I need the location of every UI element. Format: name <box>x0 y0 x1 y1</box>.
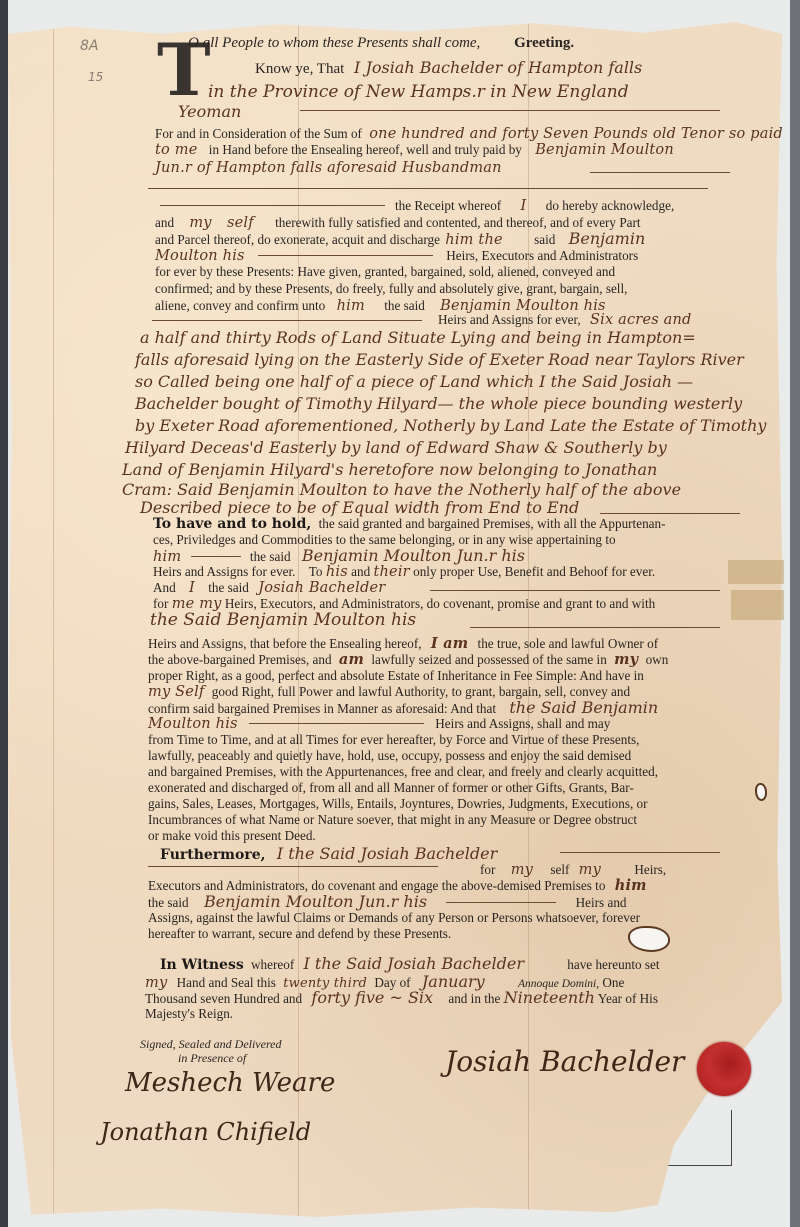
fill-rule <box>191 556 241 557</box>
printed-text: do hereby acknowledge, <box>546 198 675 213</box>
year-hw: forty five ~ Six <box>311 988 433 1007</box>
witness-signature-1: Meshech Weare <box>125 1068 335 1098</box>
printed-text: only proper Use, Benefit and Behoof for … <box>413 564 655 579</box>
printed-text: and <box>155 215 174 230</box>
printed-text: whereof <box>251 957 294 972</box>
land-description-line: a half and thirty Rods of Land Situate L… <box>140 330 696 346</box>
printed-text: the Receipt whereof <box>395 198 501 213</box>
printed-text: self <box>550 862 569 877</box>
printed-text: Heirs and Assigns for ever. <box>153 564 295 579</box>
deed-text: 8A 15 T O all People to whom these Prese… <box>0 0 800 1227</box>
land-description-line: Hilyard Deceas'd Easterly by land of Edw… <box>125 440 667 456</box>
printed-text: and Parcel thereof, do exonerate, acquit… <box>155 232 440 247</box>
his-hw: his <box>326 564 348 580</box>
printed-text: the true, sole and lawful Owner of <box>478 636 659 651</box>
printed-text: the said <box>250 549 291 564</box>
printed-text: the said <box>148 895 189 910</box>
fill-rule <box>300 110 720 111</box>
grantee-name-hw: Benjamin Moulton <box>535 142 674 158</box>
moulton-his-hw: Moulton his <box>148 716 238 732</box>
printed-text: aliene, convey and confirm unto <box>155 298 325 313</box>
receipt-line-3: and Parcel thereof, do exonerate, acquit… <box>155 231 645 248</box>
attestation-label-2: in Presence of <box>178 1050 246 1066</box>
testimonium-line-3: Thousand seven Hundred and forty five ~ … <box>145 990 658 1007</box>
receipt-line-5: for ever by these Presents: Have given, … <box>155 264 615 280</box>
testimonium-line-4: Majesty's Reign. <box>145 1006 233 1022</box>
printed-text: own <box>646 652 669 667</box>
printed-text: said <box>534 232 555 247</box>
him-hw: him <box>153 549 181 565</box>
fill-rule <box>590 172 730 173</box>
covenant-line-5: confirm said bargained Premises in Manne… <box>148 700 658 717</box>
printed-text: in Hand before the Ensealing hereof, wel… <box>209 142 522 157</box>
fill-rule <box>470 627 720 628</box>
regnal-year-hw: Nineteenth <box>504 988 595 1007</box>
covenant-line-2: the above-bargained Premises, and am law… <box>148 652 668 668</box>
grantor-hw: I the Said Josiah Bachelder <box>277 844 497 863</box>
fill-rule <box>152 320 422 321</box>
know-ye: Know ye, That <box>255 61 344 77</box>
printed-text: the said <box>384 298 425 313</box>
my-hw: my <box>189 215 211 231</box>
fill-rule <box>430 590 720 591</box>
am-hw: am <box>339 651 364 668</box>
printed-text: and in the <box>448 991 500 1006</box>
fill-rule <box>560 852 720 853</box>
habendum-line-1: To have and to hold, the said granted an… <box>153 516 666 532</box>
him-hw: him <box>615 877 647 894</box>
fill-rule <box>446 902 556 903</box>
covenant-line-7: from Time to Time, and at all Times for … <box>148 732 639 748</box>
him-hw: him <box>337 298 365 314</box>
printed-text: One <box>602 975 624 990</box>
covenant-line-13: or make void this present Deed. <box>148 828 316 844</box>
testimonium-line-1: In Witness whereof I the Said Josiah Bac… <box>160 956 660 973</box>
warranty-heading: Furthermore, <box>160 847 266 863</box>
printed-text: Executors and Administrators, do covenan… <box>148 878 605 893</box>
fill-rule <box>249 723 424 724</box>
fill-rule <box>148 188 708 189</box>
consideration-line-3: Jun.r of Hampton falls aforesaid Husband… <box>155 160 502 176</box>
printed-text: And <box>153 580 176 595</box>
grantee-hw: Benjamin Moulton Jun.r his <box>302 546 525 565</box>
land-description-line: Described piece to be of Equal width fro… <box>140 500 579 516</box>
warranty-line-5: Assigns, against the lawful Claims or De… <box>148 910 640 926</box>
printed-text: Heirs, Executors and Administrators <box>446 248 638 263</box>
amount-hw: one hundred and forty Seven Pounds old T… <box>369 126 783 142</box>
covenant-line-3: proper Right, as a good, perfect and abs… <box>148 668 644 684</box>
printed-text: have hereunto set <box>567 957 659 972</box>
receipt-line-6: confirmed; and by these Presents, do fre… <box>155 281 627 297</box>
my-hw: my <box>511 862 533 878</box>
consideration-line-1: For and in Consideration of the Sum of o… <box>155 126 783 142</box>
header-line-1: O all People to whom these Presents shal… <box>188 35 574 51</box>
printed-text: Hand and Seal this <box>177 975 276 990</box>
said-benjamin-hw: the Said Benjamin <box>509 698 658 717</box>
printed-text: For and in Consideration of the Sum of <box>155 126 362 141</box>
i-am-hw: I am <box>431 635 468 652</box>
land-description-line: Cram: Said Benjamin Moulton to have the … <box>122 482 681 498</box>
to-me-hw: to me <box>155 142 198 158</box>
my-hw: my <box>145 975 167 991</box>
fill-rule <box>258 255 433 256</box>
self-hw: self <box>227 215 254 231</box>
printed-text: for <box>480 862 495 877</box>
consideration-line-2: to me in Hand before the Ensealing hereo… <box>155 142 674 158</box>
land-description-line: by Exeter Road aforementioned, Notherly … <box>135 418 766 434</box>
receipt-line-8: Heirs and Assigns for ever, Six acres an… <box>438 312 692 328</box>
margin-note: 8A <box>80 38 98 54</box>
six-acres-hw: Six acres and <box>590 312 692 328</box>
printed-text: Heirs and Assigns for ever, <box>438 312 581 327</box>
moulton-his-hw: Moulton his <box>155 248 245 264</box>
covenant-line-11: gains, Sales, Leases, Mortgages, Wills, … <box>148 796 648 812</box>
warranty-line-2: for my self my Heirs, <box>480 862 666 878</box>
warranty-line-4: the said Benjamin Moulton Jun.r his Heir… <box>148 894 627 911</box>
printed-text: the said granted and bargained Premises,… <box>319 516 666 531</box>
receipt-line-2: and my self therewith fully satisfied an… <box>155 215 641 231</box>
him-the-hw: him the <box>445 232 502 248</box>
header-line-3: in the Province of New Hamps.r in New En… <box>208 84 629 100</box>
grantor-hw: I the Said Josiah Bachelder <box>304 954 524 973</box>
covenant-line-12: Incumbrances of what Name or Nature soev… <box>148 812 637 828</box>
land-description-line: Land of Benjamin Hilyard's heretofore no… <box>122 462 657 478</box>
land-description-line: falls aforesaid lying on the Easterly Si… <box>135 352 744 368</box>
printed-text: and <box>351 564 370 579</box>
margin-note: 15 <box>88 70 103 84</box>
warranty-line-6: hereafter to warrant, secure and defend … <box>148 926 451 942</box>
printed-text: Heirs and Assigns, shall and may <box>435 716 610 731</box>
header-line-2: Know ye, That I Josiah Bachelder of Hamp… <box>255 60 642 77</box>
land-description-line: so Called being one half of a piece of L… <box>135 374 693 390</box>
printed-text: the said <box>208 580 249 595</box>
habendum-line-7: the Said Benjamin Moulton his <box>150 612 416 628</box>
printed-text: Heirs and <box>576 895 627 910</box>
fill-rule <box>160 205 385 206</box>
i-hw: I <box>520 198 526 214</box>
printed-text: confirm said bargained Premises in Manne… <box>148 701 496 716</box>
receipt-line-4: Moulton his Heirs, Executors and Adminis… <box>155 248 638 264</box>
covenant-line-9: and bargained Premises, with the Appurte… <box>148 764 658 780</box>
my-hw: my <box>579 862 601 878</box>
printed-text: for <box>153 596 168 611</box>
header-line-4: Yeoman <box>178 104 241 120</box>
fill-rule <box>600 513 740 514</box>
habendum-line-5: And I the said Josiah Bachelder <box>153 580 385 596</box>
their-hw: their <box>373 564 409 580</box>
i-hw: I <box>189 580 195 596</box>
printed-text: good Right, full Power and lawful Author… <box>212 684 630 699</box>
testimonium-heading: In Witness <box>160 957 244 973</box>
intro-text: O all People to whom these Presents shal… <box>188 35 480 51</box>
covenant-line-1: Heirs and Assigns, that before the Ensea… <box>148 636 658 652</box>
covenant-line-6: Moulton his Heirs and Assigns, shall and… <box>148 716 610 732</box>
grantor-hw: Josiah Bachelder <box>258 580 385 596</box>
printed-text: To <box>309 564 323 579</box>
warranty-line-1: Furthermore, I the Said Josiah Bachelder <box>160 846 497 863</box>
my-hw: my <box>614 651 638 668</box>
fill-rule <box>148 866 438 867</box>
printed-text: Heirs, <box>634 862 666 877</box>
witness-signature-2: Jonathan Chifield <box>100 1118 311 1146</box>
printed-text: therewith fully satisfied and contented,… <box>275 215 640 230</box>
grantor-signature: Josiah Bachelder <box>445 1045 684 1078</box>
printed-text: lawfully seized and possessed of the sam… <box>371 652 606 667</box>
habendum-line-3: him the said Benjamin Moulton Jun.r his <box>153 548 525 565</box>
habendum-line-4: Heirs and Assigns for ever. To his and t… <box>153 564 655 580</box>
printed-text: Thousand seven Hundred and <box>145 991 302 1006</box>
grantee-hw: Benjamin Moulton Jun.r his <box>204 892 427 911</box>
grantor-name-hw: I Josiah Bachelder of Hampton falls <box>354 58 642 77</box>
receipt-line-1: the Receipt whereof I do hereby acknowle… <box>395 198 674 214</box>
printed-text: the above-bargained Premises, and <box>148 652 332 667</box>
habendum-heading: To have and to hold, <box>153 516 311 532</box>
printed-text: Year of His <box>598 991 658 1006</box>
land-description-line: Bachelder bought of Timothy Hilyard— the… <box>135 396 742 412</box>
covenant-line-8: lawfully, peaceably and quietly have, ho… <box>148 748 631 764</box>
benjamin-hw: Benjamin <box>569 229 646 248</box>
printed-text: Heirs, Executors, and Administrators, do… <box>225 596 655 611</box>
greeting: Greeting. <box>514 35 574 51</box>
my-self-hw: my Self <box>148 684 204 700</box>
covenant-line-10: exonerated and discharged of, from all a… <box>148 780 634 796</box>
printed-text: Heirs and Assigns, that before the Ensea… <box>148 636 422 651</box>
